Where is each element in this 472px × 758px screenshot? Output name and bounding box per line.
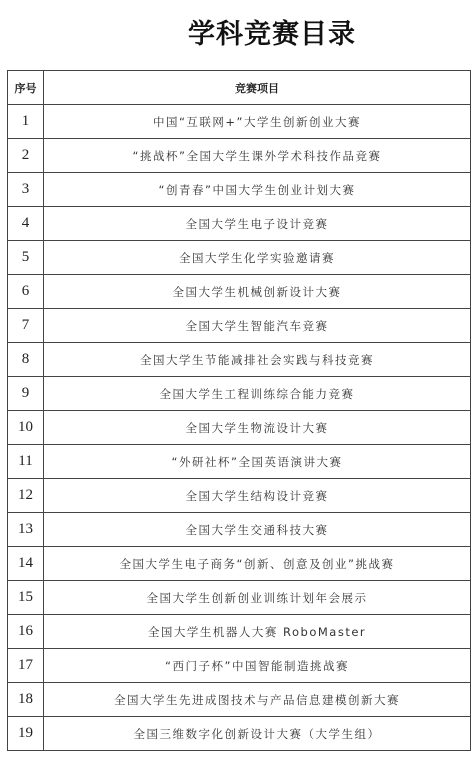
table-row: 13全国大学生交通科技大赛	[8, 513, 471, 547]
competition-name-cell: “挑战杯”全国大学生课外学术科技作品竞赛	[44, 139, 471, 173]
serial-number-cell: 19	[8, 717, 44, 751]
serial-number-cell: 16	[8, 615, 44, 649]
table-row: 19全国三维数字化创新设计大赛（大学生组）	[8, 717, 471, 751]
competition-name-cell: 中国“互联网+”大学生创新创业大赛	[44, 105, 471, 139]
table-row: 8全国大学生节能减排社会实践与科技竞赛	[8, 343, 471, 377]
competition-name-cell: 全国大学生结构设计竞赛	[44, 479, 471, 513]
competition-name-cell: 全国大学生工程训练综合能力竞赛	[44, 377, 471, 411]
competition-name-cell: “西门子杯”中国智能制造挑战赛	[44, 649, 471, 683]
table-row: 10全国大学生物流设计大赛	[8, 411, 471, 445]
serial-number-cell: 13	[8, 513, 44, 547]
header-serial-number: 序号	[8, 71, 44, 105]
serial-number-cell: 18	[8, 683, 44, 717]
serial-number-cell: 9	[8, 377, 44, 411]
table-row: 5全国大学生化学实验邀请赛	[8, 241, 471, 275]
table-row: 16全国大学生机器人大赛 RoboMaster	[8, 615, 471, 649]
serial-number-cell: 2	[8, 139, 44, 173]
table-row: 1中国“互联网+”大学生创新创业大赛	[8, 105, 471, 139]
competition-name-cell: 全国大学生先进成图技术与产品信息建模创新大赛	[44, 683, 471, 717]
table-header-row: 序号 竞赛项目	[8, 71, 471, 105]
competition-name-cell: 全国大学生智能汽车竞赛	[44, 309, 471, 343]
competition-name-cell: 全国大学生机器人大赛 RoboMaster	[44, 615, 471, 649]
serial-number-cell: 15	[8, 581, 44, 615]
table-row: 11“外研社杯”全国英语演讲大赛	[8, 445, 471, 479]
page-title: 学科竞赛目录	[0, 12, 472, 51]
serial-number-cell: 12	[8, 479, 44, 513]
competition-name-cell: 全国大学生创新创业训练计划年会展示	[44, 581, 471, 615]
table-row: 7全国大学生智能汽车竞赛	[8, 309, 471, 343]
table-row: 12全国大学生结构设计竞赛	[8, 479, 471, 513]
table-row: 2“挑战杯”全国大学生课外学术科技作品竞赛	[8, 139, 471, 173]
competition-name-cell: 全国大学生电子商务“创新、创意及创业”挑战赛	[44, 547, 471, 581]
table-row: 3“创青春”中国大学生创业计划大赛	[8, 173, 471, 207]
serial-number-cell: 17	[8, 649, 44, 683]
serial-number-cell: 14	[8, 547, 44, 581]
competition-name-cell: 全国大学生交通科技大赛	[44, 513, 471, 547]
table-row: 6全国大学生机械创新设计大赛	[8, 275, 471, 309]
table-row: 4全国大学生电子设计竞赛	[8, 207, 471, 241]
competition-name-cell: “创青春”中国大学生创业计划大赛	[44, 173, 471, 207]
table-row: 17“西门子杯”中国智能制造挑战赛	[8, 649, 471, 683]
serial-number-cell: 11	[8, 445, 44, 479]
competition-name-cell: 全国大学生机械创新设计大赛	[44, 275, 471, 309]
serial-number-cell: 1	[8, 105, 44, 139]
serial-number-cell: 6	[8, 275, 44, 309]
competition-name-cell: 全国大学生化学实验邀请赛	[44, 241, 471, 275]
table-row: 9全国大学生工程训练综合能力竞赛	[8, 377, 471, 411]
table-row: 15全国大学生创新创业训练计划年会展示	[8, 581, 471, 615]
competition-name-cell: 全国大学生节能减排社会实践与科技竞赛	[44, 343, 471, 377]
table-row: 18全国大学生先进成图技术与产品信息建模创新大赛	[8, 683, 471, 717]
serial-number-cell: 7	[8, 309, 44, 343]
competition-name-cell: 全国大学生电子设计竞赛	[44, 207, 471, 241]
serial-number-cell: 4	[8, 207, 44, 241]
competition-name-cell: 全国三维数字化创新设计大赛（大学生组）	[44, 717, 471, 751]
serial-number-cell: 8	[8, 343, 44, 377]
table-row: 14全国大学生电子商务“创新、创意及创业”挑战赛	[8, 547, 471, 581]
serial-number-cell: 10	[8, 411, 44, 445]
competition-name-cell: 全国大学生物流设计大赛	[44, 411, 471, 445]
header-competition-item: 竞赛项目	[44, 71, 471, 105]
competition-table: 序号 竞赛项目 1中国“互联网+”大学生创新创业大赛2“挑战杯”全国大学生课外学…	[7, 70, 471, 751]
serial-number-cell: 3	[8, 173, 44, 207]
serial-number-cell: 5	[8, 241, 44, 275]
competition-name-cell: “外研社杯”全国英语演讲大赛	[44, 445, 471, 479]
